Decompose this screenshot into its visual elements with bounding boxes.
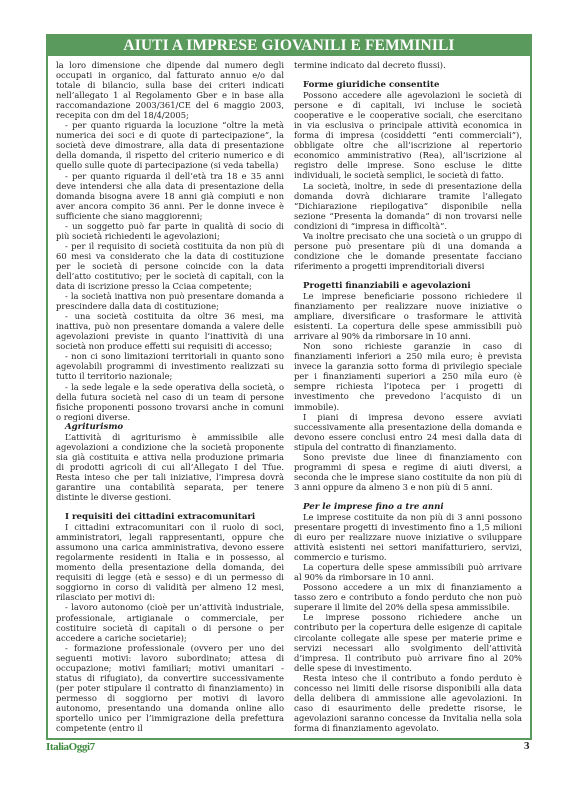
paragraph: - lavoro autonomo (cioè per un’attività …	[56, 602, 284, 642]
paragraph: Va inoltre precisato che una società o u…	[294, 231, 522, 271]
article-box: AIUTI A IMPRESE GIOVANILI E FEMMINILI la…	[46, 34, 532, 740]
paragraph: Resta inteso che il contributo a fondo p…	[294, 673, 522, 733]
spacer	[294, 70, 522, 80]
page-number: 3	[524, 740, 530, 752]
subheading-extracomunitari: I requisiti dei cittadini extracomunitar…	[56, 512, 284, 522]
paragraph: I cittadini extracomunitari con il ruolo…	[56, 522, 284, 602]
subheading-progetti: Progetti finanziabili e agevolazioni	[294, 281, 522, 291]
paragraph: Le imprese possono richiedere anche un c…	[294, 612, 522, 672]
article-columns: la loro dimensione che dipende dal numer…	[48, 56, 530, 733]
spacer	[294, 492, 522, 502]
paragraph: Possono accedere a un mix di finanziamen…	[294, 582, 522, 612]
paragraph: - un soggetto può far parte in qualità d…	[56, 221, 284, 241]
spacer	[56, 502, 284, 512]
paragraph: la loro dimensione che dipende dal numer…	[56, 60, 284, 120]
paragraph: Non sono richieste garanzie in caso di f…	[294, 341, 522, 411]
subheading-tre-anni: Per le imprese fino a tre anni	[294, 502, 522, 512]
section-banner: AIUTI A IMPRESE GIOVANILI E FEMMINILI	[48, 36, 530, 56]
left-column: la loro dimensione che dipende dal numer…	[56, 60, 284, 733]
paragraph: Possono accedere alle agevolazioni le so…	[294, 90, 522, 180]
paragraph: Sono previste due linee di finanziamento…	[294, 452, 522, 492]
subheading-agriturismo: Agriturismo	[56, 422, 284, 432]
paragraph: - per quanto riguarda il dell’età tra 18…	[56, 171, 284, 221]
paragraph: Le imprese beneficiarie possono richiede…	[294, 291, 522, 341]
paragraph: - la società inattiva non può presentare…	[56, 291, 284, 311]
paragraph: Le imprese costituite da non più di 3 an…	[294, 512, 522, 562]
paragraph: - formazione professionale (ovvero per u…	[56, 643, 284, 733]
paragraph: - per il requisito di società costituita…	[56, 241, 284, 291]
paragraph: termine indicato dal decreto flussi).	[294, 60, 522, 70]
paragraph: La società, inoltre, in sede di presenta…	[294, 181, 522, 231]
paragraph: - la sede legale e la sede operativa del…	[56, 382, 284, 422]
spacer	[294, 271, 522, 281]
paragraph: - per quanto riguarda la locuzione “oltr…	[56, 120, 284, 170]
paragraph: L’attività di agriturismo è ammissibile …	[56, 432, 284, 502]
paragraph: I piani di impresa devono essere avviati…	[294, 412, 522, 452]
paragraph: - una società costituita da oltre 36 mes…	[56, 311, 284, 351]
paragraph: La copertura delle spese ammissibili può…	[294, 562, 522, 582]
publication-logo: ItaliaOggi7	[46, 741, 95, 753]
paragraph: - non ci sono limitazioni territoriali i…	[56, 351, 284, 381]
right-column: termine indicato dal decreto flussi). Fo…	[294, 60, 522, 733]
subheading-forme-giuridiche: Forme giuridiche consentite	[294, 80, 522, 90]
